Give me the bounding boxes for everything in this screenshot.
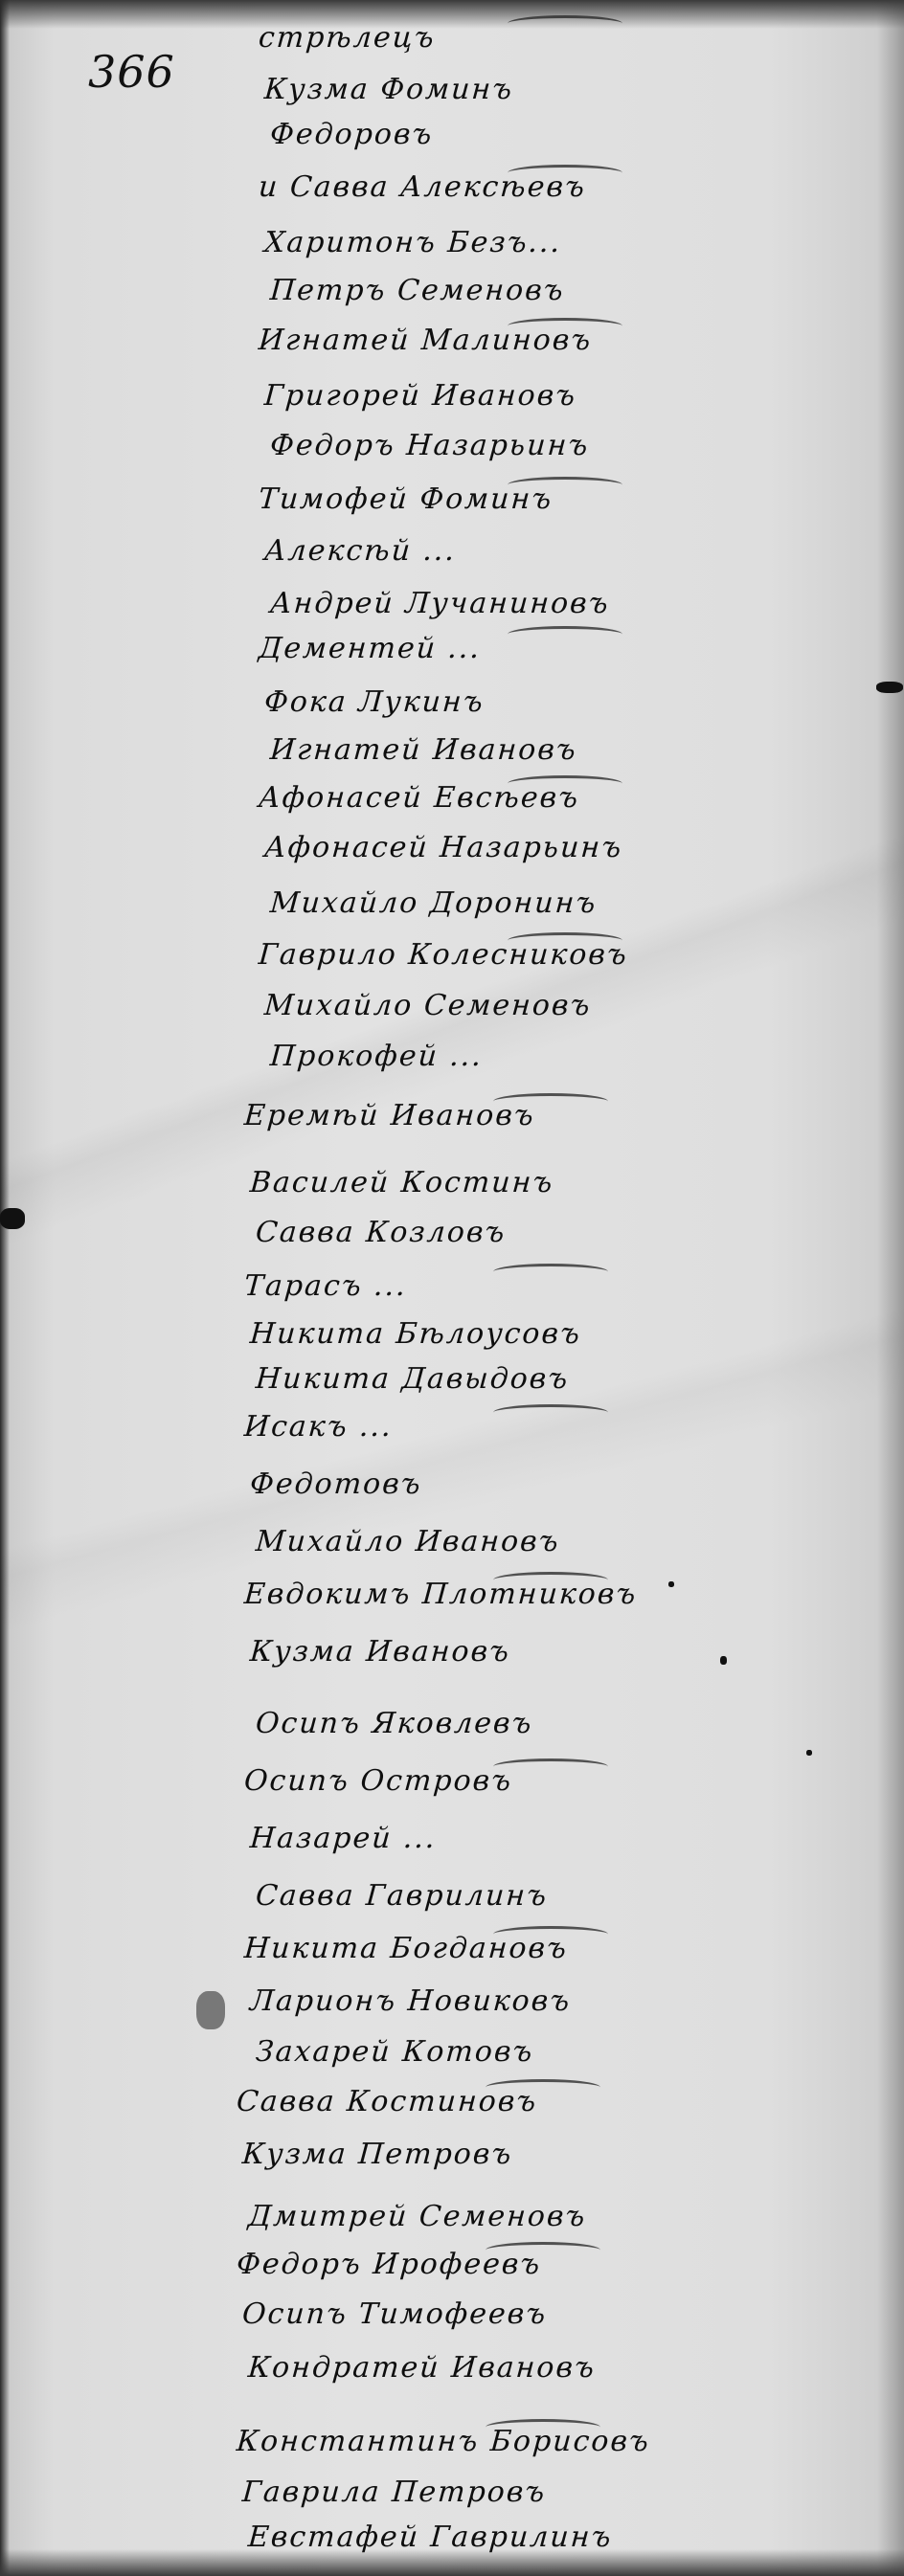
manuscript-line: Евстафей Гаврилинъ <box>247 2520 614 2554</box>
pen-flourish <box>508 477 622 493</box>
pen-flourish <box>508 318 622 334</box>
manuscript-line: Федоровъ <box>269 118 435 151</box>
pen-flourish <box>486 2079 600 2095</box>
manuscript-line: стрѣлецъ <box>258 21 437 55</box>
manuscript-line: Григорей Ивановъ <box>263 379 578 413</box>
page-top-shadow <box>0 0 904 29</box>
pen-flourish <box>486 2419 600 2435</box>
pen-flourish <box>508 15 622 32</box>
pen-flourish <box>508 775 622 792</box>
manuscript-line: Андрей Лучаниновъ <box>269 587 611 620</box>
manuscript-line: Гаврила Петровъ <box>241 2475 548 2509</box>
ink-dot <box>720 1656 727 1665</box>
manuscript-line: Михайло Ивановъ <box>255 1525 561 1558</box>
folio-number: 366 <box>88 46 175 98</box>
manuscript-line: Никита Давыдовъ <box>255 1362 571 1396</box>
manuscript-line: Федотовъ <box>249 1467 423 1501</box>
manuscript-line: Савва Гаврилинъ <box>255 1879 550 1913</box>
pen-flourish <box>508 626 622 642</box>
manuscript-line: Осипъ Островъ <box>243 1764 514 1798</box>
manuscript-line: Тарасъ ... <box>243 1269 408 1303</box>
pen-flourish <box>493 1758 608 1775</box>
ink-blot <box>0 1208 25 1229</box>
pen-flourish <box>493 1926 608 1942</box>
manuscript-line: Прокофей ... <box>269 1040 485 1073</box>
manuscript-line: Федоръ Назарьинъ <box>269 429 591 462</box>
ink-blot <box>196 1991 225 2029</box>
manuscript-line: Осипъ Яковлевъ <box>255 1707 534 1740</box>
ink-blot <box>876 682 903 693</box>
pen-flourish <box>508 165 622 181</box>
manuscript-line: Исакъ ... <box>243 1410 394 1444</box>
pen-flourish <box>493 1572 608 1588</box>
manuscript-line: Дмитрей Семеновъ <box>247 2200 588 2233</box>
manuscript-line: Игнатей Ивановъ <box>269 733 578 767</box>
manuscript-line: Захарей Котовъ <box>255 2035 535 2069</box>
page-left-edge <box>0 0 10 2576</box>
manuscript-line: Михайло Семеновъ <box>263 989 593 1022</box>
pen-flourish <box>493 1404 608 1421</box>
manuscript-line: Афонасей Назарьинъ <box>263 831 624 864</box>
manuscript-page: 366 стрѣлецъКузма ФоминъФедоровъи Савва … <box>0 0 904 2576</box>
manuscript-line: Никита Бѣлоусовъ <box>249 1317 582 1351</box>
manuscript-line: Осипъ Тимофеевъ <box>241 2297 549 2331</box>
manuscript-line: Ларионъ Новиковъ <box>249 1984 573 2018</box>
ink-dot <box>668 1581 674 1587</box>
manuscript-line: Кузма Фоминъ <box>263 73 515 106</box>
manuscript-line: Кондратей Ивановъ <box>247 2351 597 2385</box>
pen-flourish <box>493 1093 608 1109</box>
manuscript-line: Петръ Семеновъ <box>269 274 566 307</box>
manuscript-line: Кузма Петровъ <box>241 2138 514 2171</box>
manuscript-line: Алексѣй ... <box>263 534 458 568</box>
manuscript-line: Василей Костинъ <box>249 1166 555 1199</box>
ink-dot <box>806 1750 812 1756</box>
manuscript-line: Дементей ... <box>258 632 483 665</box>
manuscript-line: Фока Лукинъ <box>263 685 486 719</box>
pen-flourish <box>508 932 622 949</box>
pen-flourish <box>486 2242 600 2258</box>
manuscript-line: Назарей ... <box>249 1822 438 1855</box>
pen-flourish <box>493 1264 608 1280</box>
manuscript-line: Харитонъ Безъ... <box>263 226 563 259</box>
manuscript-line: Кузма Ивановъ <box>249 1635 512 1669</box>
manuscript-line: Михайло Доронинъ <box>269 886 599 920</box>
manuscript-line: Савва Козловъ <box>255 1216 508 1249</box>
